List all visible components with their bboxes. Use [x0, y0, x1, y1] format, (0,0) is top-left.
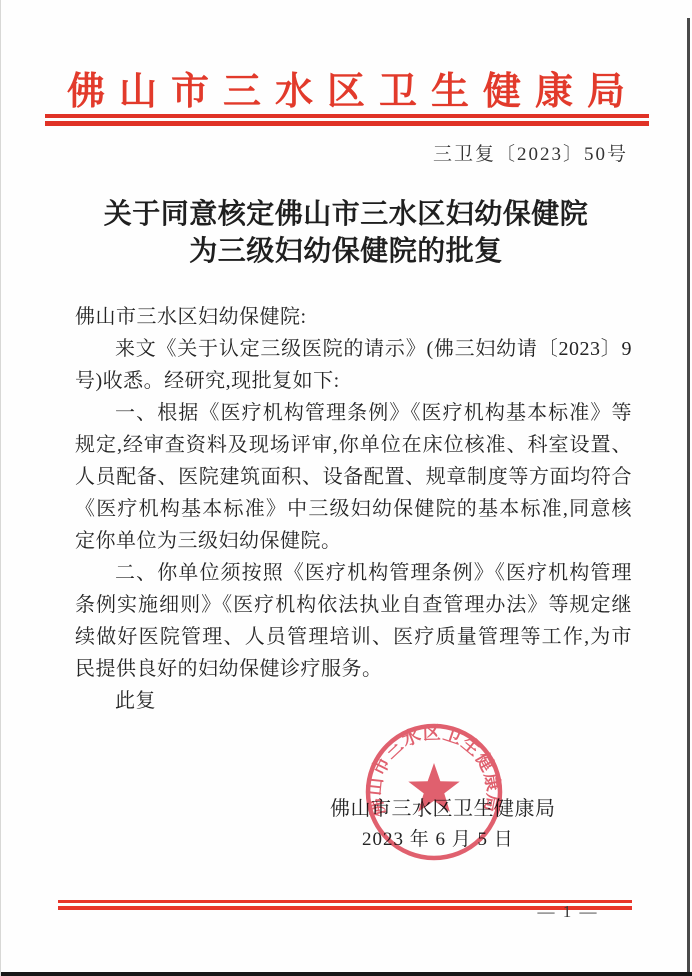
document-title-line2: 为三级妇幼保健院的批复 [0, 233, 692, 270]
scan-edge-bottom [0, 972, 692, 976]
seal-star-icon [408, 763, 459, 812]
page-number: — 1 — [536, 902, 600, 922]
document-body: 佛山市三水区妇幼保健院: 来文《关于认定三级医院的请示》(佛三妇幼请〔2023〕… [75, 301, 632, 717]
header-rule-bottom-line [45, 121, 649, 126]
document-title-line1: 关于同意核定佛山市三水区妇幼保健院 [0, 196, 692, 233]
scan-edge-right [687, 18, 690, 976]
body-paragraph: 二、你单位须按照《医疗机构管理条例》《医疗机构管理条例实施细则》《医疗机构依法执… [75, 557, 632, 685]
scan-edge-left [0, 0, 1, 976]
body-paragraph: 一、根据《医疗机构管理条例》《医疗机构基本标准》等规定,经审查资料及现场评审,你… [75, 397, 632, 557]
closing-phrase: 此复 [75, 685, 632, 717]
document-title: 关于同意核定佛山市三水区妇幼保健院 为三级妇幼保健院的批复 [0, 196, 692, 270]
body-paragraph: 来文《关于认定三级医院的请示》(佛三妇幼请〔2023〕9号)收悉。经研究,现批复… [75, 333, 632, 397]
header-red-rule [45, 114, 649, 126]
official-red-seal: 佛山市三水区卫生健康局 [362, 720, 506, 864]
recipient-line: 佛山市三水区妇幼保健院: [75, 301, 632, 333]
document-page: 佛山市三水区卫生健康局 三卫复〔2023〕50号 关于同意核定佛山市三水区妇幼保… [0, 0, 692, 976]
agency-letterhead: 佛山市三水区卫生健康局 [0, 60, 692, 115]
document-number: 三卫复〔2023〕50号 [433, 139, 628, 166]
